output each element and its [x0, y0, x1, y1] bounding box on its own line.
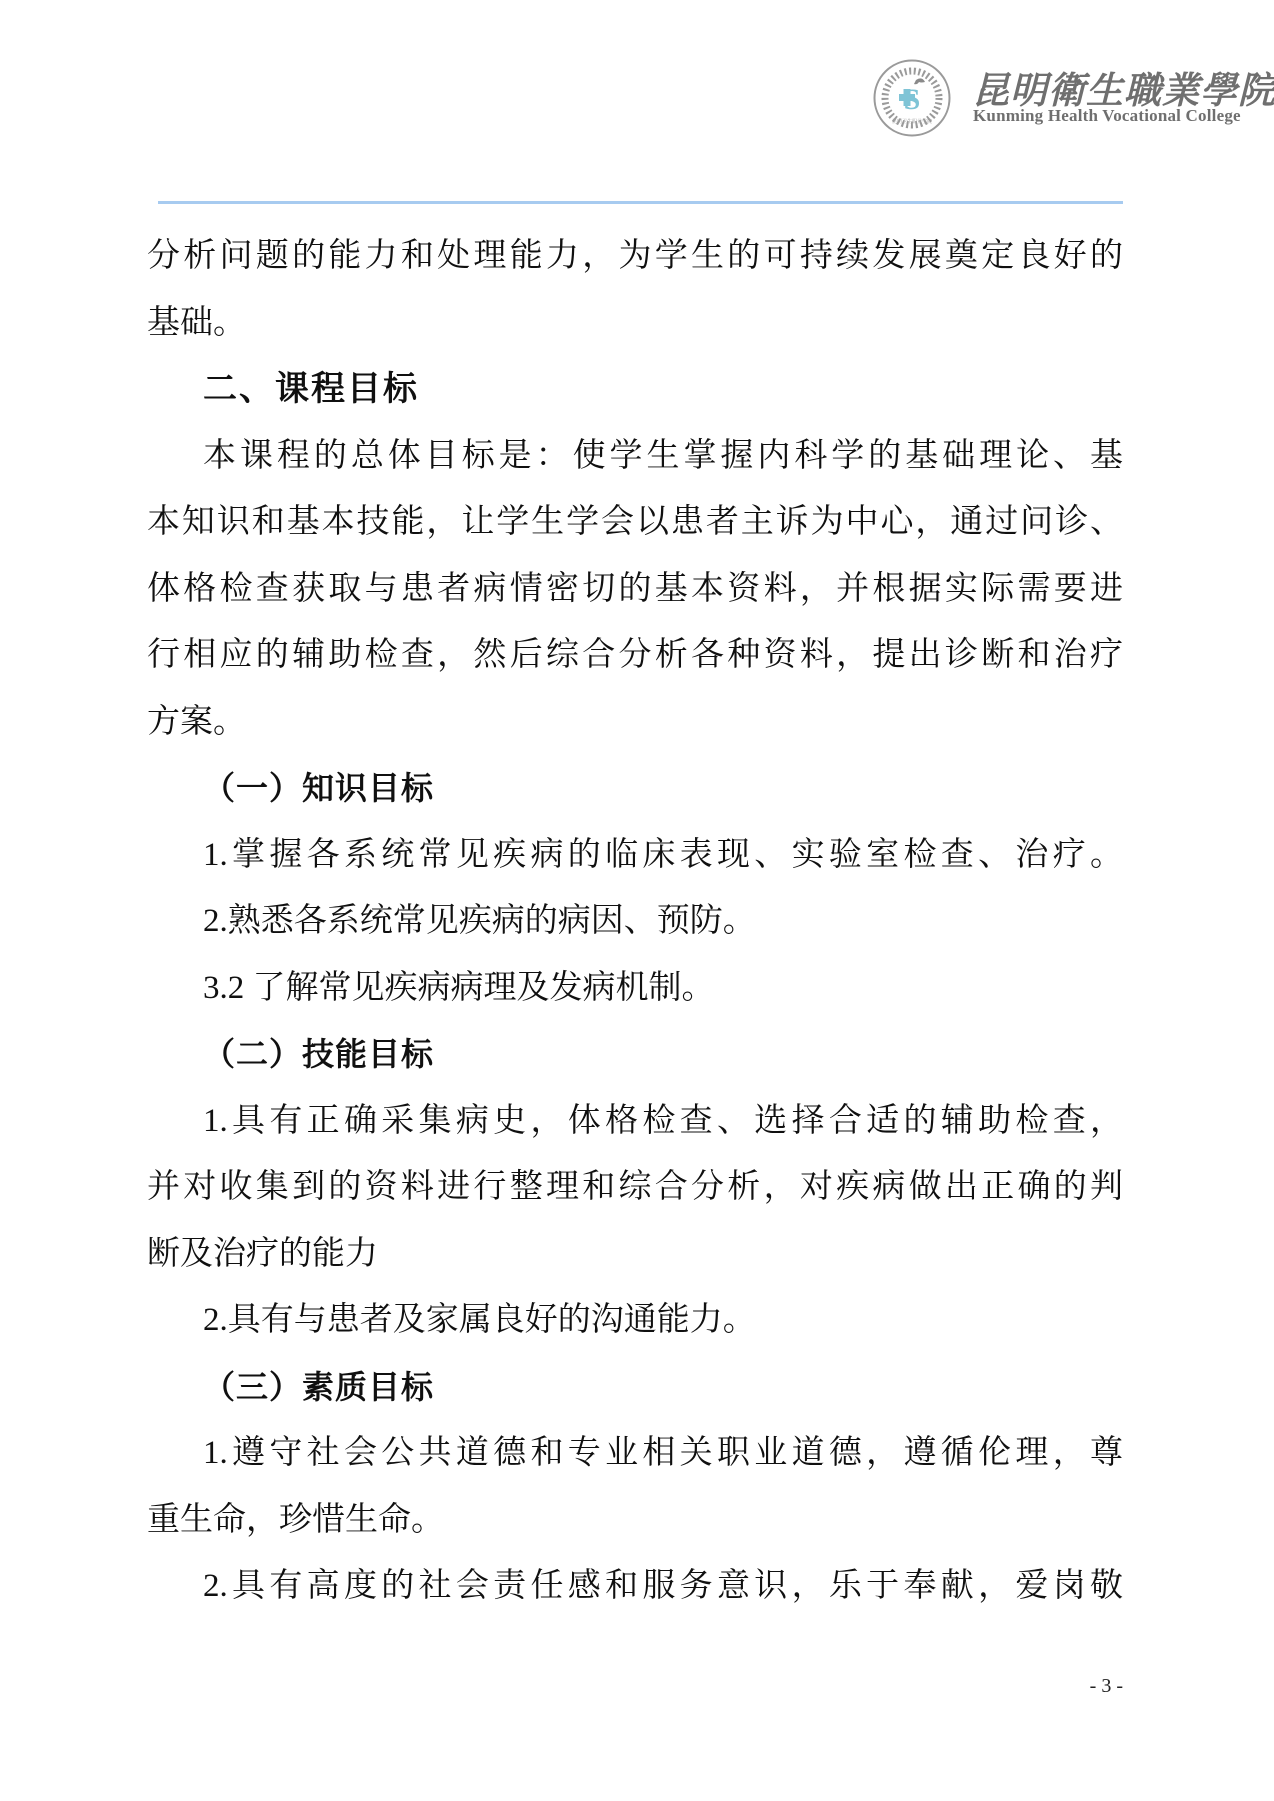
header-divider-line — [158, 201, 1123, 204]
section-heading: 二、课程目标 — [147, 356, 1123, 423]
college-name-english: Kunming Health Vocational College — [973, 106, 1263, 126]
text-line: 分析问题的能力和处理能力，为学生的可持续发展奠定良好的 — [147, 223, 1123, 290]
college-logo: S 昆明卫生职业学院 昆明衛生職業學院 Kunming Health Vocat… — [870, 56, 1260, 146]
text-line: 1.遵守社会公共道德和专业相关职业道德，遵循伦理，尊 — [147, 1420, 1123, 1487]
section-heading: （一）知识目标 — [147, 755, 1123, 822]
text-line: 本知识和基本技能，让学生学会以患者主诉为中心，通过问诊、 — [147, 489, 1123, 556]
text-line: 重生命，珍惜生命。 — [147, 1487, 1123, 1554]
section-heading: （三）素质目标 — [147, 1354, 1123, 1421]
text-line: 并对收集到的资料进行整理和综合分析，对疾病做出正确的判 — [147, 1154, 1123, 1221]
text-line: 2.具有高度的社会责任感和服务意识，乐于奉献，爱岗敬 — [147, 1553, 1123, 1620]
text-line: 2.具有与患者及家属良好的沟通能力。 — [147, 1287, 1123, 1354]
text-line: 3.2 了解常见疾病病理及发病机制。 — [147, 955, 1123, 1022]
svg-text:S: S — [904, 83, 921, 116]
text-line: 本课程的总体目标是：使学生掌握内科学的基础理论、基 — [147, 423, 1123, 490]
document-body: 分析问题的能力和处理能力，为学生的可持续发展奠定良好的基础。二、课程目标本课程的… — [147, 223, 1123, 1620]
text-line: 1.掌握各系统常见疾病的临床表现、实验室检查、治疗。 — [147, 822, 1123, 889]
page-number: - 3 - — [147, 1675, 1123, 1698]
college-seal-icon: S 昆明卫生职业学院 — [872, 58, 952, 138]
text-line: 行相应的辅助检查，然后综合分析各种资料，提出诊断和治疗 — [147, 622, 1123, 689]
text-line: 2.熟悉各系统常见疾病的病因、预防。 — [147, 888, 1123, 955]
text-line: 基础。 — [147, 290, 1123, 357]
text-line: 断及治疗的能力 — [147, 1221, 1123, 1288]
text-line: 方案。 — [147, 689, 1123, 756]
section-heading: （二）技能目标 — [147, 1021, 1123, 1088]
svg-text:昆明卫生职业学院: 昆明卫生职业学院 — [892, 118, 932, 125]
text-line: 1.具有正确采集病史，体格检查、选择合适的辅助检查， — [147, 1088, 1123, 1155]
document-page: S 昆明卫生职业学院 昆明衛生職業學院 Kunming Health Vocat… — [0, 0, 1274, 1801]
text-line: 体格检查获取与患者病情密切的基本资料，并根据实际需要进 — [147, 556, 1123, 623]
